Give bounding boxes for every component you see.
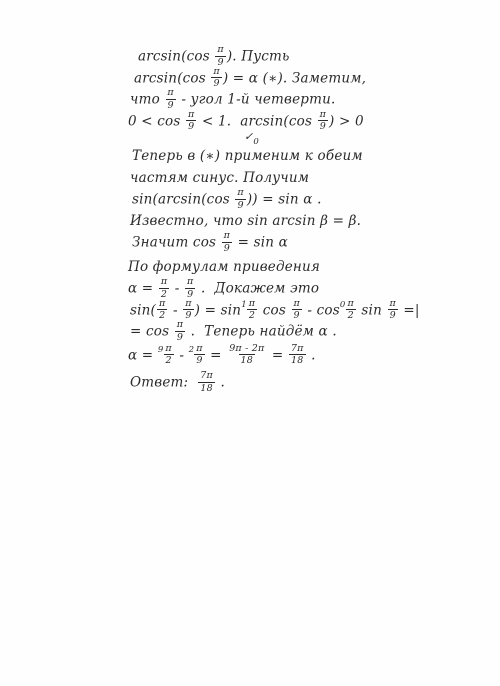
- handwritten-line: sin(π2 - π9) = sin1π2 cos π9 - cos0π2 si…: [128, 300, 418, 322]
- handwritten-line: Теперь в (∗) применим к обеим: [128, 146, 418, 168]
- handwritten-line: Значит cos π9 = sin α: [128, 232, 418, 254]
- scanned-page: { "document": { "kind": "handwritten mat…: [0, 0, 500, 686]
- fraction: π9: [165, 88, 175, 110]
- fraction: π9: [185, 277, 195, 299]
- handwritten-line: частям синус. Получим: [128, 168, 418, 190]
- fraction: π9: [235, 188, 245, 210]
- fraction: π9: [222, 231, 232, 253]
- handwritten-line: α = 9π2 - 2π9 = 9π - 2π18 = 7π18 .: [128, 345, 418, 367]
- solution-text: arcsin(cos π9). Пустьarcsin(cos π9) = α …: [128, 46, 418, 394]
- fraction: 9π - 2π18: [227, 344, 266, 366]
- handwritten-line: Ответ: 7π18 .: [128, 372, 418, 394]
- handwritten-line: 0 < cos π9 < 1. arcsin(cos π9) > 0: [128, 111, 418, 133]
- fraction: π9: [194, 344, 204, 366]
- fraction: 7π18: [289, 344, 306, 366]
- solution-lines: arcsin(cos π9). Пустьarcsin(cos π9) = α …: [128, 46, 418, 394]
- fraction: π2: [157, 299, 167, 321]
- margin-annotation: ✓0: [128, 132, 418, 146]
- handwritten-line: что π9 - угол 1-й четверти.: [128, 89, 418, 111]
- fraction: π2: [345, 299, 355, 321]
- handwritten-line: По формулам приведения: [128, 257, 418, 279]
- fraction: 7π18: [198, 371, 215, 393]
- handwritten-line: = cos π9 . Теперь найдём α .: [128, 321, 418, 343]
- handwritten-line: arcsin(cos π9). Пусть: [128, 46, 418, 68]
- handwritten-line: sin(arcsin(cos π9)) = sin α .: [128, 189, 418, 211]
- fraction: π2: [247, 299, 257, 321]
- fraction: π9: [318, 110, 328, 132]
- fraction: π9: [215, 45, 225, 67]
- handwritten-line: arcsin(cos π9) = α (∗). Заметим,: [128, 68, 418, 90]
- fraction: π2: [159, 277, 169, 299]
- fraction: π9: [387, 299, 397, 321]
- fraction: π9: [175, 320, 185, 342]
- fraction: π9: [291, 299, 301, 321]
- subscript-mark: 0: [253, 137, 259, 147]
- fraction: π9: [183, 299, 193, 321]
- handwritten-line: Известно, что sin arcsin β = β.: [128, 211, 418, 233]
- fraction: π2: [163, 344, 173, 366]
- fraction: π9: [186, 110, 196, 132]
- fraction: π9: [211, 67, 221, 89]
- handwritten-line: α = π2 - π9 . Докажем это: [128, 278, 418, 300]
